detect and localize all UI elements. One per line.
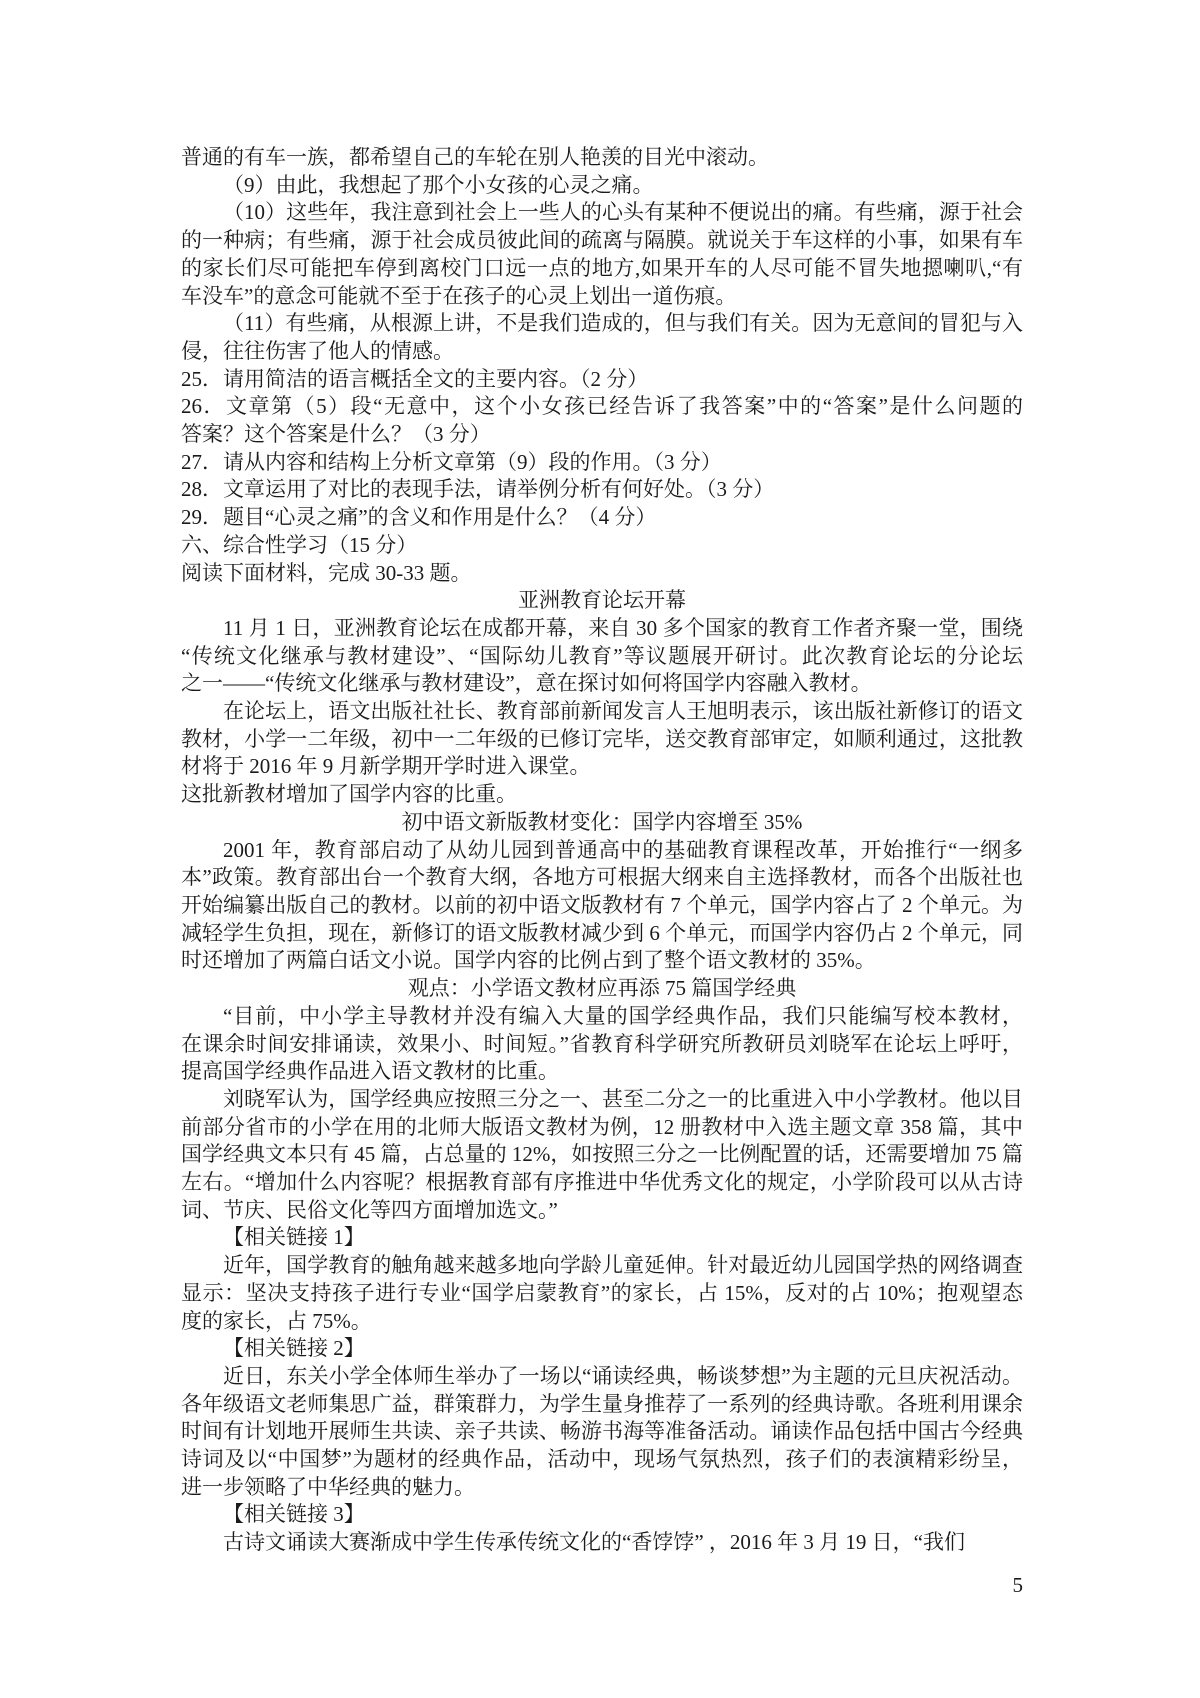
text-line: 普通的有车一族，都希望自己的车轮在别人艳羡的目光中滚动。 [181,144,1023,172]
text-line: 时还增加了两篇白话文小说。国学内容的比例占到了整个语文教材的 35%。 [181,947,1023,975]
text-line: 近日，东关小学全体师生举办了一场以“诵读经典，畅谈梦想”为主题的元旦庆祝活动。 [181,1363,1023,1391]
text-line: 各年级语文老师集思广益，群策群力，为学生量身推荐了一系列的经典诗歌。各班利用课余 [181,1391,1023,1419]
text-line: 2001 年，教育部启动了从幼儿园到普通高中的基础教育课程改革，开始推行“一纲多 [181,837,1023,865]
text-line: 六、综合性学习（15 分） [181,532,1023,560]
text-line: 这批新教材增加了国学内容的比重。 [181,781,1023,809]
text-line: 教材，小学一二年级，初中一二年级的已修订完毕，送交教育部审定，如顺利通过，这批教 [181,726,1023,754]
text-line: 25．请用简洁的语言概括全文的主要内容。（2 分） [181,366,1023,394]
text-line: 度的家长，占 75%。 [181,1308,1023,1336]
text-line: 时间有计划地开展师生共读、亲子共读、畅游书海等准备活动。诵读作品包括中国古今经典 [181,1418,1023,1446]
text-lines: 普通的有车一族，都希望自己的车轮在别人艳羡的目光中滚动。（9）由此，我想起了那个… [181,144,1023,1557]
text-line: “目前，中小学主导教材并没有编入大量的国学经典作品，我们只能编写校本教材， [181,1003,1023,1031]
text-line: 前部分省市的小学在用的北师大版语文教材为例，12 册教材中入选主题文章 358 … [181,1114,1023,1142]
text-line: （11）有些痛，从根源上讲，不是我们造成的，但与我们有关。因为无意间的冒犯与入 [181,310,1023,338]
text-line: 开始编纂出版自己的教材。以前的初中语文版教材有 7 个单元，国学内容占了 2 个… [181,892,1023,920]
text-line: 在课余时间安排诵读，效果小、时间短。”省教育科学研究所教研员刘晓军在论坛上呼吁， [181,1031,1023,1059]
text-line: 【相关链接 2】 [181,1335,1023,1363]
text-line: 近年，国学教育的触角越来越多地向学龄儿童延伸。针对最近幼儿园国学热的网络调查 [181,1252,1023,1280]
text-line: 侵，往往伤害了他人的情感。 [181,338,1023,366]
text-line: 答案？这个答案是什么？（3 分） [181,421,1023,449]
text-line: 【相关链接 1】 [181,1224,1023,1252]
text-line: 显示：坚决支持孩子进行专业“国学启蒙教育”的家长，占 15%，反对的占 10%；… [181,1280,1023,1308]
text-line: 28．文章运用了对比的表现手法，请举例分析有何好处。（3 分） [181,476,1023,504]
text-line: 11 月 1 日，亚洲教育论坛在成都开幕，来自 30 多个国家的教育工作者齐聚一… [181,615,1023,643]
text-line: “传统文化继承与教材建设”、“国际幼儿教育”等议题展开研讨。此次教育论坛的分论坛 [181,643,1023,671]
text-line: 亚洲教育论坛开幕 [181,587,1023,615]
text-line: （10）这些年，我注意到社会上一些人的心头有某种不便说出的痛。有些痛，源于社会 [181,199,1023,227]
text-line: 刘晓军认为，国学经典应按照三分之一、甚至二分之一的比重进入中小学教材。他以目 [181,1086,1023,1114]
text-line: 减轻学生负担，现在，新修订的语文版教材减少到 6 个单元，而国学内容仍占 2 个… [181,920,1023,948]
page-number: 5 [181,1572,1023,1600]
text-line: 【相关链接 3】 [181,1501,1023,1529]
text-line: （9）由此，我想起了那个小女孩的心灵之痛。 [181,172,1023,200]
text-line: 29．题目“心灵之痛”的含义和作用是什么？（4 分） [181,504,1023,532]
text-line: 阅读下面材料，完成 30-33 题。 [181,560,1023,588]
text-line: 27．请从内容和结构上分析文章第（9）段的作用。（3 分） [181,449,1023,477]
text-line: 之一——“传统文化继承与教材建设”，意在探讨如何将国学内容融入教材。 [181,670,1023,698]
text-line: 车没车”的意念可能就不至于在孩子的心灵上划出一道伤痕。 [181,283,1023,311]
text-line: 的家长们尽可能把车停到离校门口远一点的地方,如果开车的人尽可能不冒失地摁喇叭,“… [181,255,1023,283]
text-line: 古诗文诵读大赛渐成中学生传承传统文化的“香饽饽” ，2016 年 3 月 19 … [181,1529,1023,1557]
text-line: 材将于 2016 年 9 月新学期开学时进入课堂。 [181,753,1023,781]
exam-page: 普通的有车一族，都希望自己的车轮在别人艳羡的目光中滚动。（9）由此，我想起了那个… [0,0,1200,1698]
text-line: 观点：小学语文教材应再添 75 篇国学经典 [181,975,1023,1003]
text-line: 本”政策。教育部出台一个教育大纲，各地方可根据大纲来自主选择教材，而各个出版社也 [181,864,1023,892]
text-line: 26．文章第（5）段“无意中，这个小女孩已经告诉了我答案”中的“答案”是什么问题… [181,393,1023,421]
text-line: 提高国学经典作品进入语文教材的比重。 [181,1058,1023,1086]
text-line: 国学经典文本只有 45 篇，占总量的 12%，如按照三分之一比例配置的话，还需要… [181,1141,1023,1169]
text-line: 左右。“增加什么内容呢？根据教育部有序推进中华优秀文化的规定，小学阶段可以从古诗 [181,1169,1023,1197]
text-line: 的一种病；有些痛，源于社会成员彼此间的疏离与隔膜。就说关于车这样的小事，如果有车 [181,227,1023,255]
text-line: 初中语文新版教材变化：国学内容增至 35% [181,809,1023,837]
text-line: 诗词及以“中国梦”为题材的经典作品，活动中，现场气氛热烈，孩子们的表演精彩纷呈， [181,1446,1023,1474]
text-line: 在论坛上，语文出版社社长、教育部前新闻发言人王旭明表示，该出版社新修订的语文 [181,698,1023,726]
text-line: 进一步领略了中华经典的魅力。 [181,1474,1023,1502]
text-line: 词、节庆、民俗文化等四方面增加选文。” [181,1197,1023,1225]
